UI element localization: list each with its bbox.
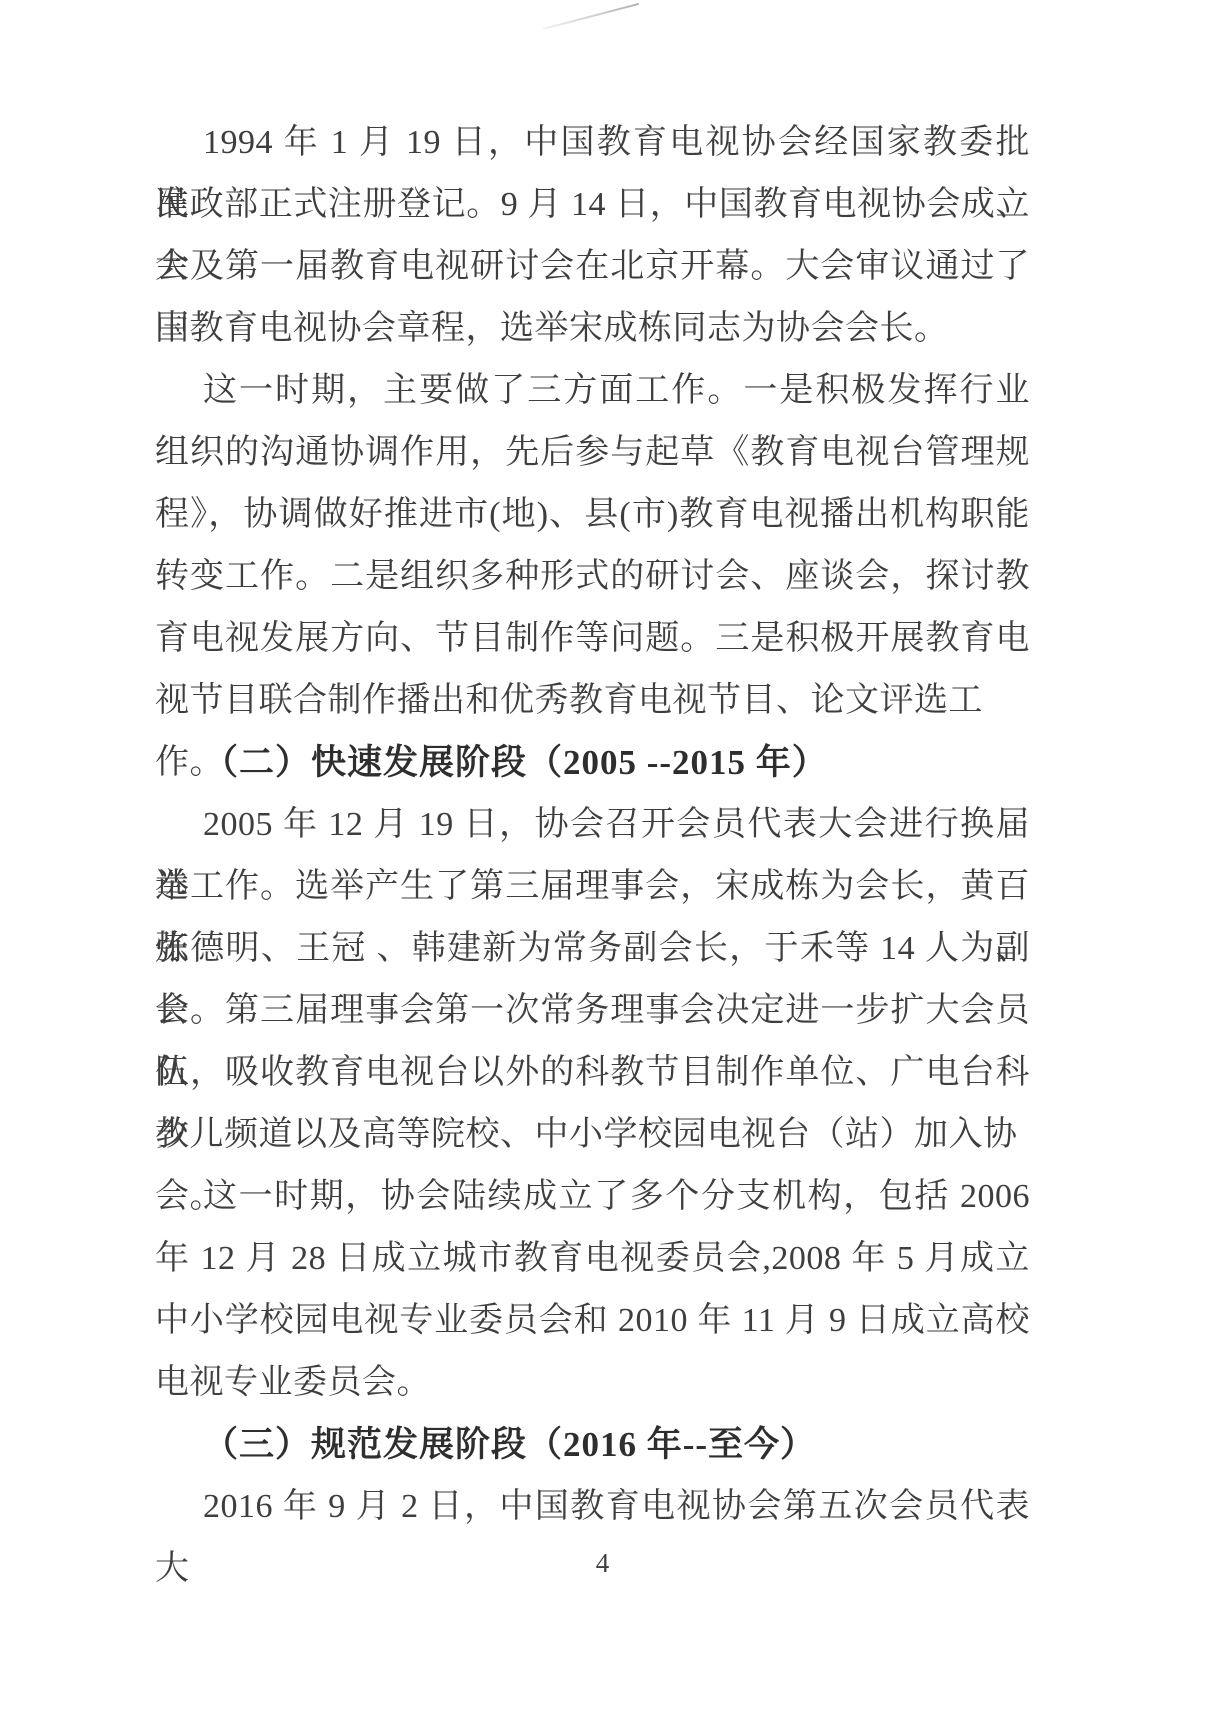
text-line: 组织的沟通协调作用，先后参与起草《教育电视台管理规 bbox=[155, 422, 1030, 484]
paragraph: 2005 年 12 月 19 日，协会召开会员代表大会进行换届选举工作。选举产生… bbox=[155, 794, 1030, 1166]
text-line: 这一时期，协会陆续成立了多个分支机构，包括 2006 bbox=[155, 1166, 1030, 1228]
paragraph: 这一时期，协会陆续成立了多个分支机构，包括 2006年 12 月 28 日成立城… bbox=[155, 1166, 1030, 1414]
text-line: （三）规范发展阶段（2016 年--至今） bbox=[155, 1414, 1030, 1476]
text-line: 举工作。选举产生了第三届理事会，宋成栋为会长，黄百炼、 bbox=[155, 856, 1030, 918]
text-line: 育电视发展方向、节目制作等问题。三是积极开展教育电 bbox=[155, 608, 1030, 670]
paragraph: 这一时期，主要做了三方面工作。一是积极发挥行业组织的沟通协调作用，先后参与起草《… bbox=[155, 360, 1030, 732]
text-line: 视节目联合制作播出和优秀教育电视节目、论文评选工作。 bbox=[155, 670, 1030, 732]
page-number: 4 bbox=[0, 1548, 1205, 1579]
document-page: 1994 年 1 月 19 日，中国教育电视协会经国家教委批准、民政部正式注册登… bbox=[0, 0, 1205, 1718]
scan-artifact-line bbox=[543, 3, 639, 30]
text-line: 张德明、王冠 、韩建新为常务副会长，于禾等 14 人为副会 bbox=[155, 918, 1030, 980]
paragraph: 2016 年 9 月 2 日，中国教育电视协会第五次会员代表大 bbox=[155, 1476, 1030, 1538]
text-line: 年 12 月 28 日成立城市教育电视委员会,2008 年 5 月成立 bbox=[155, 1228, 1030, 1290]
document-body: 1994 年 1 月 19 日，中国教育电视协会经国家教委批准、民政部正式注册登… bbox=[155, 112, 1030, 1538]
text-line: 电视专业委员会。 bbox=[155, 1352, 1030, 1414]
text-line: （二）快速发展阶段（2005 --2015 年） bbox=[155, 732, 1030, 794]
text-line: 2016 年 9 月 2 日，中国教育电视协会第五次会员代表大 bbox=[155, 1476, 1030, 1538]
text-line: 国教育电视协会章程，选举宋成栋同志为协会会长。 bbox=[155, 298, 1030, 360]
text-line: 这一时期，主要做了三方面工作。一是积极发挥行业 bbox=[155, 360, 1030, 422]
text-line: 程》，协调做好推进市(地)、县(市)教育电视播出机构职能 bbox=[155, 484, 1030, 546]
text-line: 会及第一届教育电视研讨会在北京开幕。大会审议通过了中 bbox=[155, 236, 1030, 298]
text-line: 民政部正式注册登记。9 月 14 日，中国教育电视协会成立大 bbox=[155, 174, 1030, 236]
text-line: 长。第三届理事会第一次常务理事会决定进一步扩大会员队 bbox=[155, 980, 1030, 1042]
text-line: 1994 年 1 月 19 日，中国教育电视协会经国家教委批准、 bbox=[155, 112, 1030, 174]
section-heading: （三）规范发展阶段（2016 年--至今） bbox=[155, 1414, 1030, 1476]
text-line: 中小学校园电视专业委员会和 2010 年 11 月 9 日成立高校 bbox=[155, 1290, 1030, 1352]
text-line: 伍，吸收教育电视台以外的科教节目制作单位、广电台科教 bbox=[155, 1042, 1030, 1104]
text-line: 少儿频道以及高等院校、中小学校园电视台（站）加入协会。 bbox=[155, 1104, 1030, 1166]
paragraph: 1994 年 1 月 19 日，中国教育电视协会经国家教委批准、民政部正式注册登… bbox=[155, 112, 1030, 360]
text-line: 转变工作。二是组织多种形式的研讨会、座谈会，探讨教 bbox=[155, 546, 1030, 608]
text-line: 2005 年 12 月 19 日，协会召开会员代表大会进行换届选 bbox=[155, 794, 1030, 856]
section-heading: （二）快速发展阶段（2005 --2015 年） bbox=[155, 732, 1030, 794]
